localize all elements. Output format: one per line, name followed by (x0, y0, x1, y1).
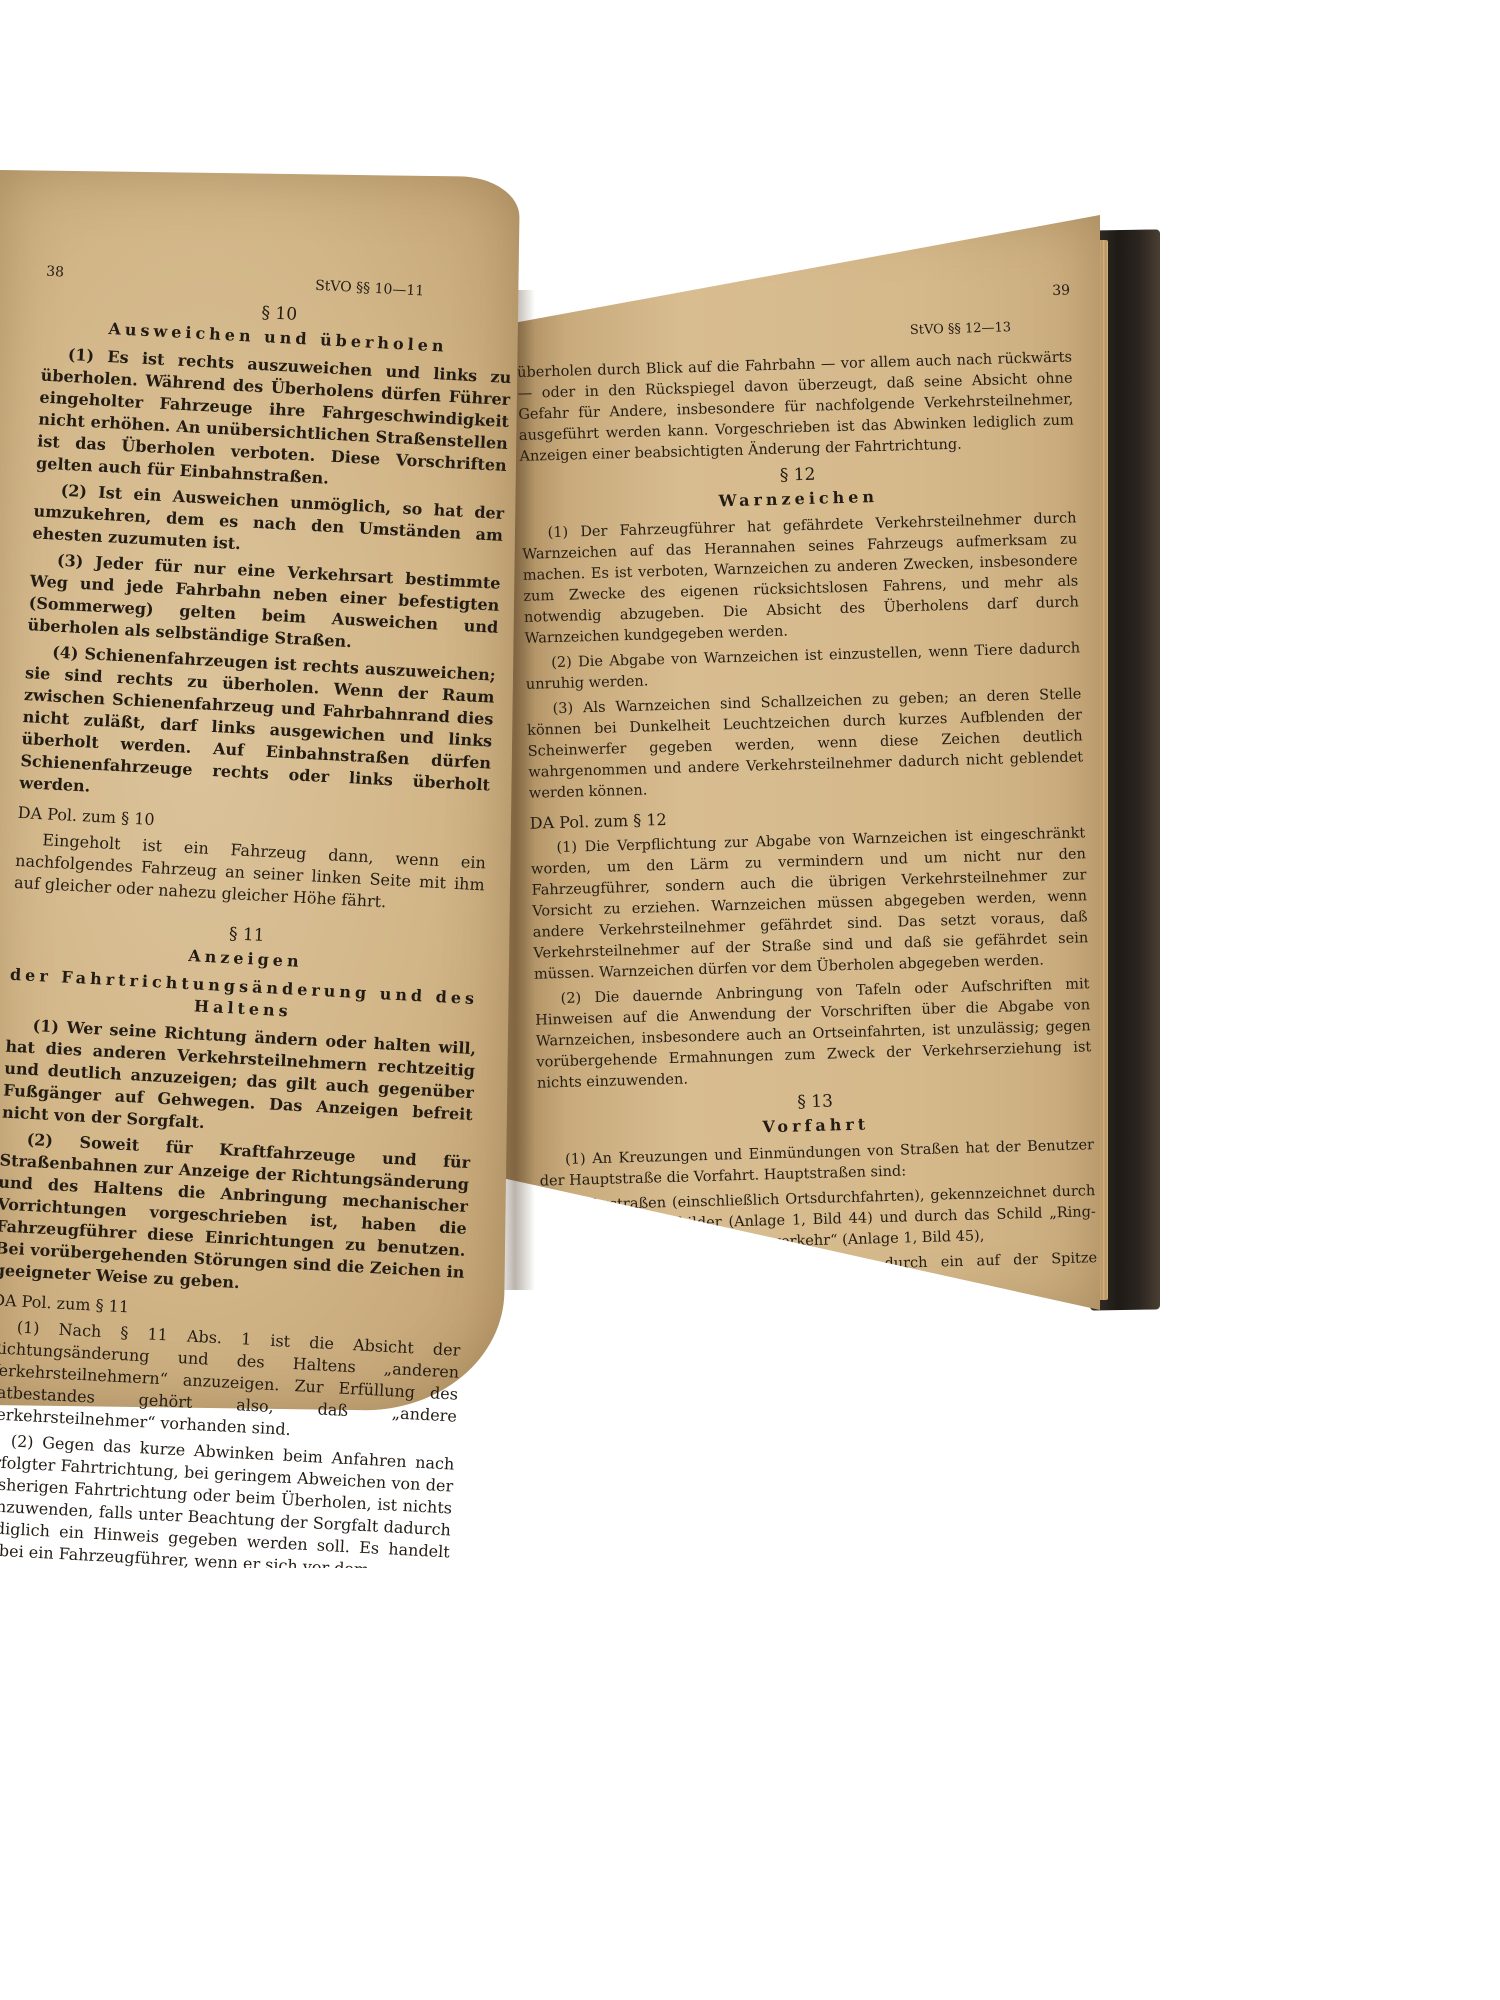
list-item: a) Reichsstraßen (einschließlich Ortsdur… (540, 1181, 1097, 1259)
running-head: StVO §§ 10—11 (315, 275, 425, 303)
paragraph: (3) Als Warnzeichen sind Schallzeichen z… (526, 684, 1084, 804)
continuation-paragraph: überholen durch Blick auf die Fahrbahn —… (517, 347, 1075, 467)
dapol-paragraph: (2) Die dauernde Anbringung von Tafeln o… (534, 974, 1092, 1094)
list-item: b) Hauptverkehrsstraßen, gekennzeichnet … (542, 1248, 1098, 1305)
left-page-content: 38 StVO §§ 10—11 § 10 Ausweichen und übe… (0, 261, 516, 1568)
dapol-paragraph: (2) Gegen das kurze Abwinken beim Anfahr… (0, 1429, 455, 1568)
page-number: 38 (46, 261, 65, 284)
right-page: 39 StVO §§ 12—13 überholen durch Blick a… (505, 215, 1100, 1310)
dapol-paragraph: (1) Nach § 11 Abs. 1 ist die Absicht der… (0, 1315, 461, 1449)
dapol-paragraph: (1) Die Verpflichtung zur Abgabe von War… (530, 823, 1089, 985)
left-page: 38 StVO §§ 10—11 § 10 Ausweichen und übe… (0, 170, 520, 1412)
page-number: 39 (515, 280, 1070, 317)
paragraph: (1) Es ist rechts auszuweichen und links… (36, 343, 512, 499)
running-head: StVO §§ 12—13 (516, 317, 1011, 353)
open-book: 39 StVO §§ 12—13 überholen durch Blick a… (0, 0, 1176, 1568)
paragraph: (1) Wer seine Richtung ändern oder halte… (2, 1014, 477, 1148)
right-page-content: 39 StVO §§ 12—13 überholen durch Blick a… (515, 280, 1098, 1310)
paragraph: (4) Schienenfahrzeugen ist rechts auszuw… (19, 640, 496, 818)
paragraph: (1) Der Fahrzeugführer hat gefährdete Ve… (521, 508, 1079, 649)
paragraph: (2) Soweit für Kraftfahrzeuge und für St… (0, 1127, 471, 1305)
